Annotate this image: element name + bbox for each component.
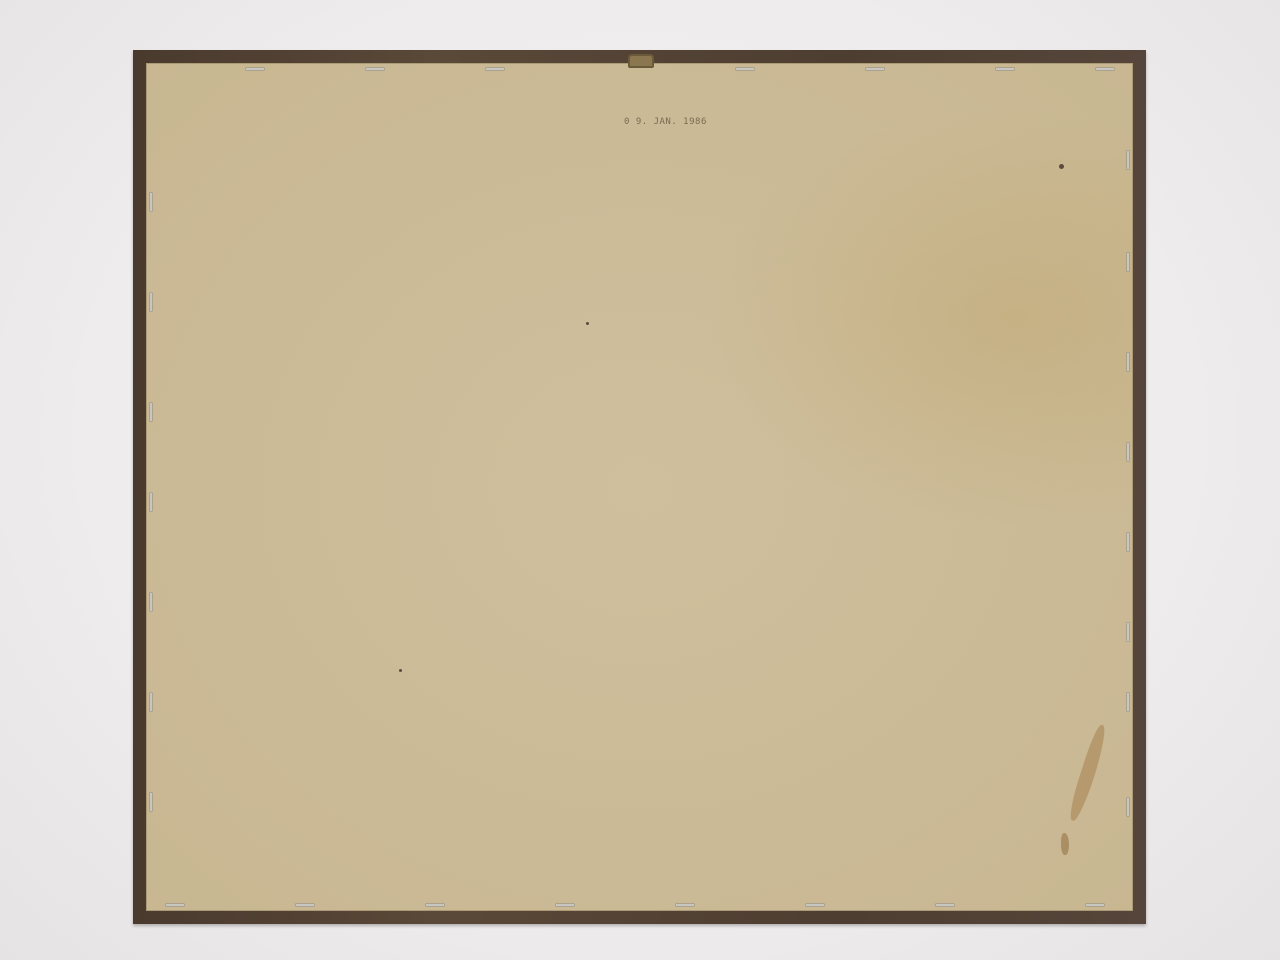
staple [150, 403, 152, 421]
staple [996, 68, 1014, 70]
staple [806, 904, 824, 906]
staple [486, 68, 504, 70]
staple [166, 904, 184, 906]
staple [676, 904, 694, 906]
staple [150, 693, 152, 711]
sawtooth-hanger-icon [628, 54, 654, 68]
picture-frame: 0 9. JAN. 1986 [133, 50, 1146, 924]
staple [246, 68, 264, 70]
staple [150, 593, 152, 611]
date-stamp: 0 9. JAN. 1986 [624, 117, 707, 127]
staple [150, 293, 152, 311]
staple [1127, 443, 1129, 461]
staple [1096, 68, 1114, 70]
staple [150, 493, 152, 511]
staple [1086, 904, 1104, 906]
water-stain [1066, 723, 1110, 822]
staple [736, 68, 754, 70]
staple [296, 904, 314, 906]
staple [150, 193, 152, 211]
staple [866, 68, 884, 70]
staple [1127, 533, 1129, 551]
staple [150, 793, 152, 811]
ink-spot [1059, 164, 1064, 169]
water-stain [1061, 833, 1069, 855]
staple [1127, 353, 1129, 371]
staple [1127, 253, 1129, 271]
staple [1127, 693, 1129, 711]
staple [1127, 623, 1129, 641]
staple [366, 68, 384, 70]
staple [556, 904, 574, 906]
ink-spot [399, 669, 402, 672]
staple [1127, 151, 1129, 169]
staple [936, 904, 954, 906]
ink-spot [586, 322, 589, 325]
frame-backing-board: 0 9. JAN. 1986 [146, 63, 1133, 911]
staple [426, 904, 444, 906]
staple [1127, 798, 1129, 816]
